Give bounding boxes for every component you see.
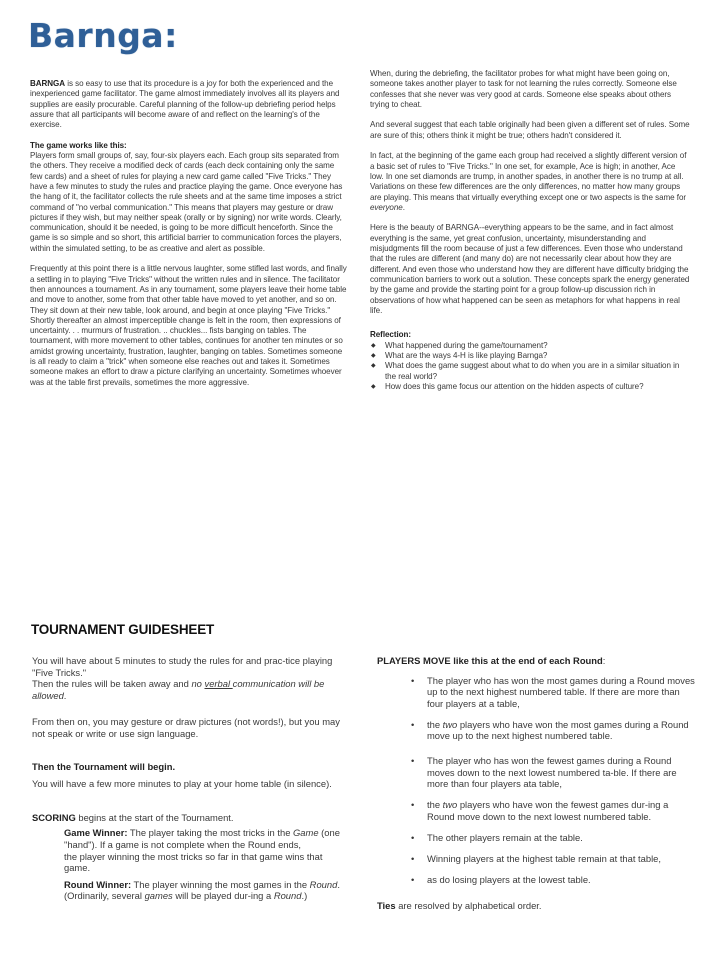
- game-winner-rule: Game Winner: The player taking the most …: [32, 827, 342, 873]
- move-rule: the two players who have won the most ga…: [377, 719, 695, 742]
- guidesheet-title: TOURNAMENT GUIDESHEET: [31, 622, 214, 637]
- tournament-paragraph: Frequently at this point there is a litt…: [30, 264, 348, 388]
- scoring-line: SCORING begins at the start of the Tourn…: [32, 812, 342, 824]
- players-move-heading: PLAYERS MOVE like this at the end of eac…: [377, 655, 697, 667]
- gesture-line: From then on, you may gesture or draw pi…: [32, 716, 342, 739]
- rules-taken-line: Then the rules will be taken away and no…: [32, 678, 342, 701]
- move-rule: The player who has won the fewest games …: [377, 755, 695, 790]
- ties-line: Ties are resolved by alphabetical order.: [377, 900, 697, 912]
- reflection-item: What are the ways 4-H is like playing Ba…: [370, 351, 690, 361]
- move-rule: The other players remain at the table.: [377, 832, 695, 844]
- intro-column: BARNGA is so easy to use that its proced…: [30, 79, 348, 398]
- guidesheet-right-column: PLAYERS MOVE like this at the end of eac…: [377, 655, 697, 911]
- move-rule: as do losing players at the lowest table…: [377, 874, 695, 886]
- guidesheet-left-column: You will have about 5 minutes to study t…: [32, 655, 342, 902]
- reflection-list: What happened during the game/tournament…: [370, 341, 690, 392]
- tournament-begin-text: You will have a few more minutes to play…: [32, 778, 342, 790]
- move-rule: Winning players at the highest table rem…: [377, 853, 695, 865]
- how-heading: The game works like this:: [30, 141, 348, 151]
- debrief-paragraph-2: And several suggest that each table orig…: [370, 120, 690, 141]
- tournament-begin-heading: Then the Tournament will begin.: [32, 761, 342, 773]
- reflection-item: What happened during the game/tournament…: [370, 341, 690, 351]
- move-rule: The player who has won the most games du…: [377, 675, 695, 710]
- round-winner-rule: Round Winner: The player winning the mos…: [32, 879, 342, 902]
- reflection-heading: Reflection:: [370, 330, 690, 340]
- intro-paragraph: BARNGA is so easy to use that its proced…: [30, 79, 348, 130]
- page-title: Barnga:: [28, 16, 178, 55]
- study-line: You will have about 5 minutes to study t…: [32, 655, 342, 678]
- reflection-item: What does the game suggest about what to…: [370, 361, 690, 382]
- reflection-item: How does this game focus our attention o…: [370, 382, 690, 392]
- how-section: The game works like this:Players form sm…: [30, 141, 348, 254]
- debrief-paragraph-3: In fact, at the beginning of the game ea…: [370, 151, 690, 213]
- debrief-paragraph-1: When, during the debriefing, the facilit…: [370, 69, 690, 110]
- how-text: Players form small groups of, say, four-…: [30, 151, 342, 253]
- move-rule: the two players who have won the fewest …: [377, 799, 695, 822]
- barnga-lead: BARNGA: [30, 79, 65, 88]
- debrief-paragraph-4: Here is the beauty of BARNGA--everything…: [370, 223, 690, 316]
- debrief-column: When, during the debriefing, the facilit…: [370, 69, 690, 392]
- players-move-list: The player who has won the most games du…: [377, 675, 697, 886]
